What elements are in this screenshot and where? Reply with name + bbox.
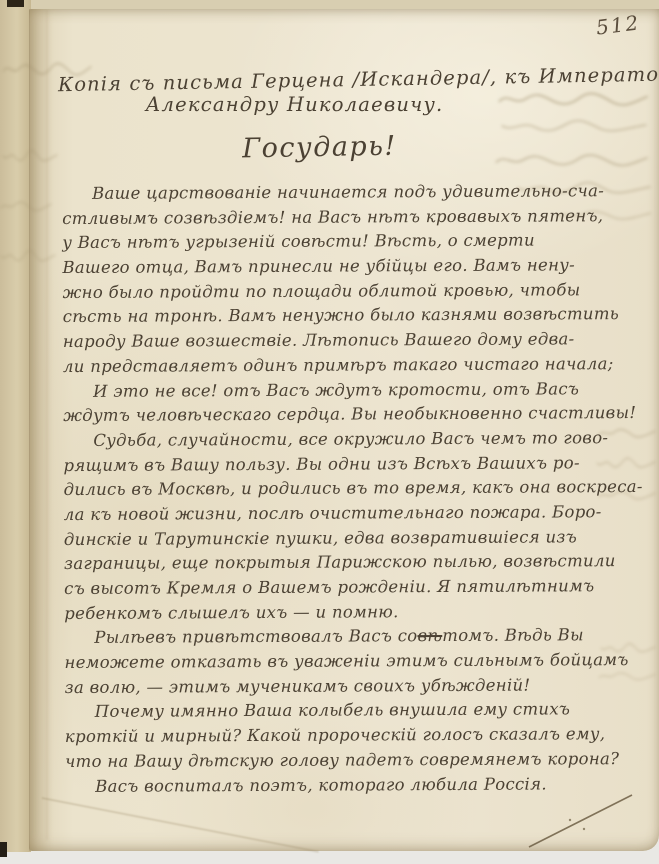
manuscript-line: ли представляетъ одинъ примѣръ такаго чи…	[63, 352, 651, 380]
letter-body: Ваше царствованіе начинается подъ удивит…	[62, 179, 653, 799]
manuscript-line: стливымъ созвѣздіемъ! на Васъ нѣтъ крова…	[62, 204, 650, 232]
manuscript-line: за волю, — этимъ мученикамъ своихъ убѣжд…	[65, 673, 653, 701]
end-of-text-slash-mark	[524, 790, 638, 854]
binding-shadow-top	[7, 0, 24, 7]
document-title-line2: Александру Николаевичу.	[0, 93, 589, 116]
manuscript-line: дились въ Москвѣ, и родились въ то время…	[64, 475, 652, 503]
manuscript-scan: 512 Копія съ письма Герцена /Искандера/,…	[0, 0, 659, 864]
manuscript-line: рящимъ въ Вашу пользу. Вы одни изъ Всѣхъ…	[63, 450, 651, 478]
line-segment: томъ. Вѣдь Вы	[442, 626, 584, 646]
struck-out-letters: вѣ	[417, 626, 442, 645]
page-edge-left	[0, 0, 31, 852]
manuscript-line: жно было пройдти по площади облитой кров…	[63, 278, 651, 306]
manuscript-line: ждутъ человѣческаго сердца. Вы необыкнов…	[63, 401, 651, 429]
binding-shadow-bottom	[0, 842, 7, 857]
bleed-through-writing	[0, 196, 52, 216]
manuscript-line: у Васъ нѣтъ угрызеній совѣсти! Вѣсть, о …	[62, 228, 650, 256]
page-fold-shading	[29, 9, 54, 851]
manuscript-line: неможете отказать въ уваженіи этимъ силь…	[64, 648, 652, 676]
manuscript-line-with-correction: Рылѣевъ привѣтствовалъ Васъ совѣтомъ. Вѣ…	[64, 623, 652, 651]
manuscript-line: И это не все! отъ Васъ ждутъ кротости, о…	[63, 376, 651, 404]
paper-crease	[46, 10, 48, 840]
manuscript-line: Судьба, случайности, все окружило Васъ ч…	[63, 426, 651, 454]
manuscript-line: кроткій и мирный? Какой пророческій голо…	[65, 722, 653, 750]
manuscript-line: сѣсть на тронѣ. Вамъ ненужно было казням…	[63, 302, 651, 330]
manuscript-line: съ высотъ Кремля о Вашемъ рожденіи. Я пя…	[64, 574, 652, 602]
manuscript-line: ребенкомъ слышелъ ихъ — и помню.	[64, 599, 652, 627]
manuscript-line: ла къ новой жизни, послѣ очистительнаго …	[64, 500, 652, 528]
manuscript-line: Почему имянно Ваша колыбель внушила ему …	[65, 697, 653, 725]
manuscript-line: Ваше царствованіе начинается подъ удивит…	[62, 179, 650, 207]
manuscript-line: что на Вашу дѣтскую голову падетъ соврем…	[65, 747, 653, 775]
manuscript-line: Вашего отца, Вамъ принесли не убійцы его…	[62, 253, 650, 281]
line-segment: Рылѣевъ привѣтствовалъ Васъ со	[94, 627, 417, 648]
manuscript-line: динскіе и Тарутинскіе пушки, едва возвра…	[64, 525, 652, 553]
manuscript-line: заграницы, еще покрытыя Парижскою пылью,…	[64, 549, 652, 577]
manuscript-line: народу Ваше возшествіе. Лѣтопись Вашего …	[63, 327, 651, 355]
bleed-through-writing	[0, 246, 56, 266]
